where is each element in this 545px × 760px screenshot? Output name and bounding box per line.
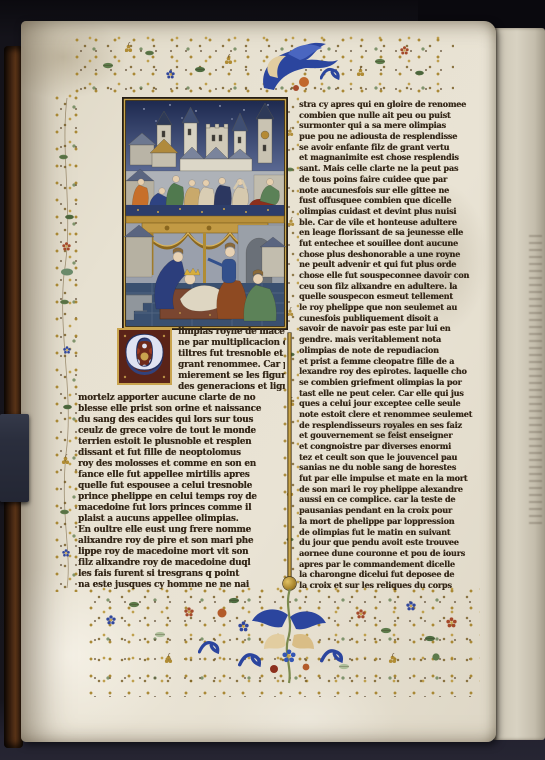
text-line: et prist a femme cleopatre fille de a [299, 356, 487, 367]
photo-of-illuminated-manuscript: O limpias royne de macedoine par multipl… [0, 0, 545, 760]
ivy-stem [63, 98, 69, 588]
text-line: quelle souspecon esmeut tellement [299, 291, 487, 302]
text-line: la charongne dicelui fut deposee de [299, 569, 487, 580]
text-line: olimpias de note de repudiacion [299, 345, 487, 356]
text-line: fust offusquee combien que dicelle [299, 195, 487, 206]
text-line: En oultre elle eust ung frere nomme [78, 525, 285, 536]
text-line: pausanias pendant en la croix pour [299, 505, 487, 516]
text-line: combien que nulle ait peu ou puist [299, 110, 487, 121]
text-line: gendre. mais veritablement nota [299, 334, 487, 345]
text-line: ble. Car de vile et honteuse adultere [299, 217, 487, 228]
drop-cap-initial-block: O [117, 328, 172, 385]
miniature-olympias-scene [122, 97, 288, 330]
penwork-sprigs [106, 589, 456, 683]
text-column-left: O limpias royne de macedoine par multipl… [78, 327, 285, 593]
text-line: tez et ceult son que le jouvencel pau [299, 452, 487, 463]
showthrough-text-edge [529, 235, 542, 525]
fabric-bookmark-tab [0, 414, 29, 502]
text-line: plaist a aucuns appellee olimpias. [78, 514, 285, 525]
text-line: pue pou ne adiousta de resplendisse [299, 131, 487, 142]
left-column-lines: limpias royne de macedoine par multiplic… [78, 327, 285, 591]
text-line: tiltres fut tresnoble et de [178, 349, 285, 360]
text-column-right: stra cy apres qui en gloire de renomeeco… [299, 99, 487, 593]
text-line: chose plus deshonorable a une royne [299, 249, 487, 260]
text-line: de tous poins faire cuidee que par [299, 174, 487, 185]
text-line: ques a celui jour exceptee celle seule [299, 398, 487, 409]
bottom-floral-border [88, 587, 480, 697]
text-line: du jour que pendu avoit este trouvee [299, 537, 487, 548]
green-bud [61, 269, 73, 276]
text-line: alixandre roy de pire et son mari phe [78, 536, 285, 547]
text-line: sanias ne du noble sang de horestes [299, 462, 487, 473]
text-line: lexandre roy des epirotes. laquelle cho [299, 366, 487, 377]
text-line: macedoine fut lors princes comme il [78, 503, 285, 514]
text-line: savoir de navoir pas este par lui en [299, 323, 487, 334]
text-line: en leage florissant de sa jeunesse elle [299, 227, 487, 238]
text-line: du sang des eacides qui lors sur tous [78, 415, 285, 426]
text-line: grant renommee. Car pre [178, 360, 285, 371]
text-line: tast elle ne peut celer. Car elle qui ju… [299, 388, 487, 399]
text-line: quelle fut espousee a celui tresnoble [78, 481, 285, 492]
text-line: ne par multiplicacion de [178, 338, 285, 349]
text-line: roy des molosses et comme en son en [78, 459, 285, 470]
text-line: mierement se les figures ou aornemens [178, 371, 285, 382]
text-line: fance elle fut appellee mirtilis apres [78, 470, 285, 481]
text-line: se combien griefment olimpias la por [299, 377, 487, 388]
text-line: le roy phelippe que non seulemet au [299, 302, 487, 313]
text-line: note aucunesfois sur elle gittee ne [299, 185, 487, 196]
upper-terrace-scene [126, 169, 284, 223]
text-line: ne peult advenir et qui fut plus orde [299, 259, 487, 270]
text-line: surmonter qui a sa mere olimpias [299, 120, 487, 131]
text-line: terrien estoit le plusnoble et resplen [78, 437, 285, 448]
text-line: olimpias cuidast et devint plus nuisi [299, 206, 487, 217]
text-line: stra cy apres qui en gloire de renomee [299, 99, 487, 110]
text-line: aussi en ce complice. car la teste de [299, 494, 487, 505]
text-line: dissant et fut fille de neoptolomus [78, 448, 285, 459]
text-line: la mort de phelippe par loppression [299, 516, 487, 527]
text-line: filz alixandre roy de macedoine duql [78, 558, 285, 569]
penwork-sprigs [103, 42, 424, 91]
text-line: de olimpias fut le matin en suivant [299, 527, 487, 538]
text-line: et gouvernement se feist enseigner [299, 430, 487, 441]
text-line: sant. Mais celle clarte ne la peut pas [299, 163, 487, 174]
text-line: et congnoistre par diverses enormi [299, 441, 487, 452]
text-line: note estoit clere et renommee seulemet [299, 409, 487, 420]
text-line: limpias royne de macedoi [178, 327, 285, 338]
text-line: mortelz apporter aucune clarte de no [78, 393, 285, 404]
column-divider-baguette [288, 333, 291, 583]
text-line: na este jusques cy homme ne ne nai [78, 580, 285, 591]
text-line: apres par le commandement dicelle [299, 559, 487, 570]
text-line: et magnanimite est chose resplendis [299, 152, 487, 163]
right-column-lines: stra cy apres qui en gloire de renomeeco… [299, 99, 487, 591]
top-floral-border [74, 36, 454, 96]
text-line: les fais furent si tresgrans q point [78, 569, 285, 580]
text-line: fut par elle impulse et mate en la mort [299, 473, 487, 484]
text-line: prince phelippe en celui temps roy de [78, 492, 285, 503]
text-line: des generacions et lignees peuent aux [178, 382, 285, 393]
drop-cap-letter: O [117, 327, 172, 382]
text-line: cunesfois publiquement disoit a [299, 313, 487, 324]
text-line: chose elle fut souspeconnee davoir con [299, 270, 487, 281]
text-line: ceu son filz alixandre en adultere. la [299, 281, 487, 292]
text-line: la croix et sur les reliques du corps [299, 580, 487, 591]
text-line: aornee dune couronne et pou de iours [299, 548, 487, 559]
text-line: ceulz de grece voire de tout le monde [78, 426, 285, 437]
text-line: de son mari le roy phelippe alexandre [299, 484, 487, 495]
text-line: de resplendisseurs royales en ses faiz [299, 420, 487, 431]
text-line: lippe roy de macedoine mort vit son [78, 547, 285, 558]
text-line: fut entechee et souillee dont aucune [299, 238, 487, 249]
text-line: se avoir enfante filz de grant vertu [299, 142, 487, 153]
text-line: blesse elle prist son orine et naissance [78, 404, 285, 415]
left-floral-border [54, 94, 80, 592]
